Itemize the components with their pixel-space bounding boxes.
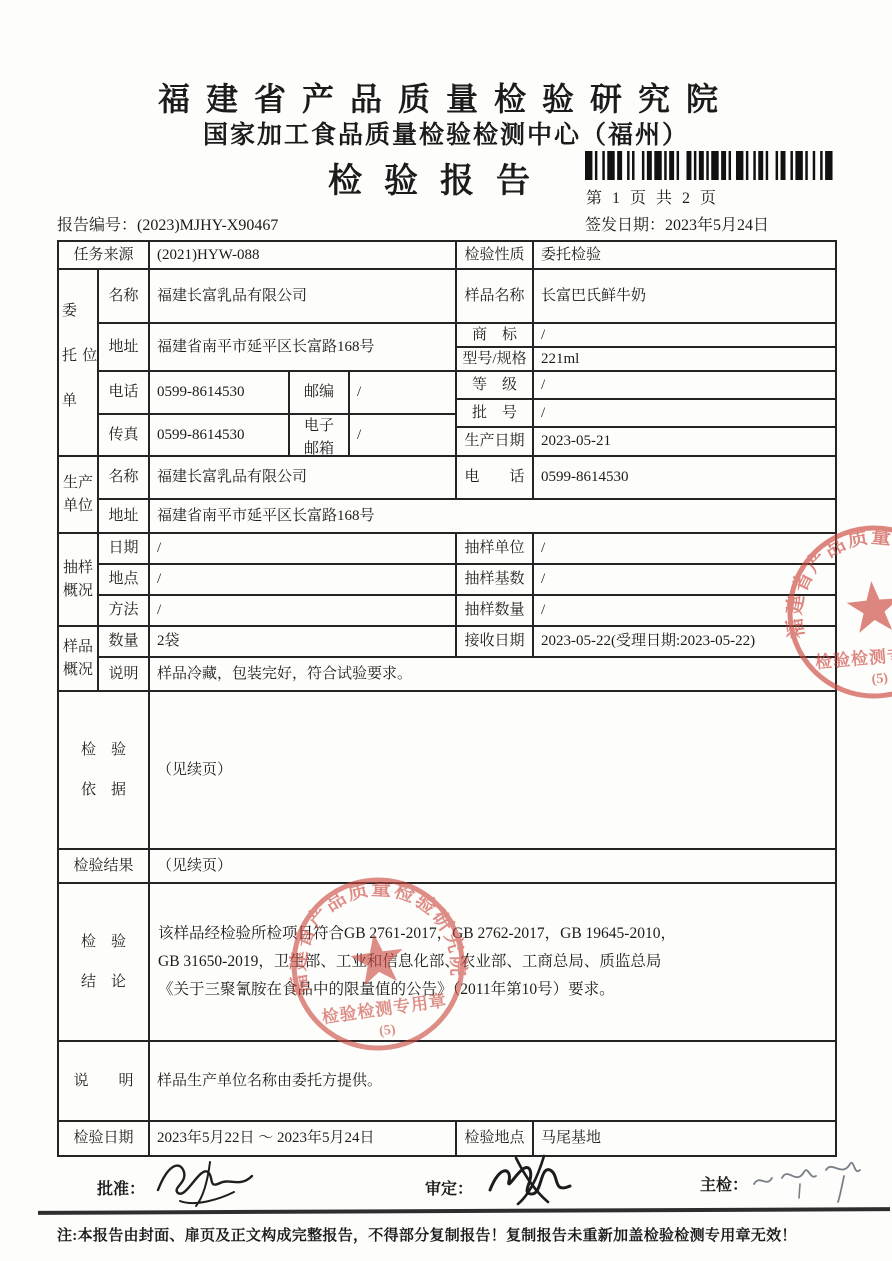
barcode-bar (632, 151, 634, 180)
sampling-qty-value: / (534, 596, 837, 627)
production-date-label: 生产日期 (457, 428, 534, 457)
received-date-label: 接收日期 (457, 627, 534, 658)
barcode-bar (585, 151, 592, 180)
barcode-bar (736, 151, 743, 180)
client-group-text: 委托单位 (59, 270, 98, 455)
client-group-label: 委托单位 (59, 270, 99, 457)
barcode-bar (753, 151, 755, 180)
barcode-bar (617, 151, 622, 180)
grade-value: / (534, 372, 837, 400)
barcode-bar (721, 151, 726, 180)
barcode-bar (758, 151, 763, 180)
barcode-bar (795, 151, 802, 180)
email-value: / (350, 415, 457, 457)
producer-group-text: 生产单位 (61, 472, 95, 517)
model-spec-value: 221ml (534, 348, 837, 372)
producer-name-value: 福建长富乳品有限公司 (150, 457, 457, 500)
conclusion-label-line1: 检 验 (81, 932, 126, 952)
barcode-bar (776, 151, 778, 180)
inspection-nature-label: 检验性质 (457, 242, 534, 270)
report-number: 报告编号：(2023)MJHY-X90467 (57, 212, 278, 235)
sampling-date-label: 日期 (99, 534, 150, 565)
basis-label: 检 验 依 据 (59, 692, 150, 850)
grade-label: 等 级 (457, 372, 534, 400)
fax-label: 传真 (99, 415, 150, 457)
inspection-report-page: 福建省产品质量检验研究院 国家加工食品质量检验检测中心（福州） 检验报告 第 1… (0, 0, 892, 1261)
report-number-value: (2023)MJHY-X90467 (137, 217, 278, 234)
barcode-bar (664, 151, 666, 180)
sample-qty-value: 2袋 (150, 627, 457, 658)
sampling-method-label: 方法 (99, 596, 150, 627)
producer-group-label: 生产单位 (59, 457, 99, 534)
sampling-place-label: 地点 (99, 565, 150, 596)
barcode-bar (677, 151, 679, 180)
result-label: 检验结果 (59, 850, 150, 884)
sampling-unit-value: / (534, 534, 837, 565)
barcode-bar (627, 151, 629, 180)
review-signature (478, 1148, 583, 1210)
barcode-bar (642, 151, 644, 180)
overview-group-text: 样品概况 (61, 636, 95, 681)
report-number-label: 报告编号： (57, 217, 137, 234)
task-source-label: 任务来源 (59, 242, 150, 270)
remark-value: 样品生产单位名称由委托方提供。 (150, 1042, 837, 1122)
sampling-group-text: 抽样概况 (61, 557, 95, 602)
postcode-label: 邮编 (290, 372, 350, 415)
email-label: 电子邮箱 (290, 415, 350, 457)
report-table: 任务来源 (2021)HYW-088 检验性质 委托检验 委托单位 名称 福建长… (57, 240, 837, 1157)
barcode-bar (729, 151, 731, 180)
producer-name-label: 名称 (99, 457, 150, 500)
org-subtitle: 国家加工食品质量检验检测中心（福州） (0, 115, 892, 151)
trademark-label: 商 标 (457, 324, 534, 348)
conclusion-line-1: 该样品经检验所检项目符合GB 2761-2017，GB 2762-2017，GB… (158, 920, 676, 948)
sampling-qty-label: 抽样数量 (457, 596, 534, 627)
issue-date-value: 2023年5月24日 (665, 217, 769, 234)
star-icon (845, 579, 892, 634)
inspection-date-label: 检验日期 (59, 1122, 150, 1157)
sampling-method-value: / (150, 596, 457, 627)
conclusion-text: 该样品经检验所检项目符合GB 2761-2017，GB 2762-2017，GB… (150, 884, 837, 1042)
barcode-bar (669, 151, 674, 180)
issue-date: 签发日期：2023年5月24日 (585, 212, 769, 235)
client-phone-label: 电话 (99, 372, 150, 415)
barcode-bar (820, 151, 822, 180)
trademark-value: / (534, 324, 837, 348)
barcode-bar (711, 151, 718, 180)
postcode-value: / (350, 372, 457, 415)
sampling-base-value: / (534, 565, 837, 596)
sampling-group-label: 抽样概况 (59, 534, 99, 627)
barcode-bar (790, 151, 792, 180)
barcode-bar (654, 151, 661, 180)
producer-phone-value: 0599-8614530 (534, 457, 837, 500)
barcode-bar (602, 151, 604, 180)
task-source-value: (2021)HYW-088 (150, 242, 457, 270)
client-name-label: 名称 (99, 270, 150, 324)
approve-label: 批准： (97, 1176, 145, 1199)
chief-signature (748, 1150, 868, 1210)
sample-qty-label: 数量 (99, 627, 150, 658)
production-date-value: 2023-05-21 (534, 428, 837, 457)
result-value: （见续页） (150, 850, 837, 884)
client-phone-value: 0599-8614530 (150, 372, 290, 415)
barcode-bar (686, 151, 691, 180)
conclusion-line-2: GB 31650-2019，卫生部、工业和信息化部、农业部、工商总局、质监总局 (158, 948, 661, 976)
barcode-bar (766, 151, 768, 180)
model-spec-label: 型号/规格 (457, 348, 534, 372)
client-address-value: 福建省南平市延平区长富路168号 (150, 324, 457, 372)
org-title: 福建省产品质量检验研究院 (0, 74, 892, 120)
footer-note: 注:本报告由封面、扉页及正文构成完整报告，不得部分复制报告！复制报告未重新加盖检… (57, 1224, 797, 1245)
client-name-value: 福建长富乳品有限公司 (150, 270, 457, 324)
approve-signature (150, 1152, 265, 1210)
issue-date-label: 签发日期： (585, 217, 665, 234)
client-address-label: 地址 (99, 324, 150, 372)
barcode (585, 151, 835, 180)
sample-name-label: 样品名称 (457, 270, 534, 324)
barcode-bar (746, 151, 748, 180)
conclusion-label-line2: 结 论 (81, 972, 126, 992)
barcode-bar (699, 151, 704, 180)
inspection-nature-value: 委托检验 (534, 242, 837, 270)
batch-label: 批 号 (457, 400, 534, 428)
review-label: 审定： (425, 1176, 473, 1199)
batch-value: / (534, 400, 837, 428)
stamp-number-text: (5) (871, 671, 889, 687)
sample-note-label: 说明 (99, 658, 150, 692)
barcode-bar (647, 151, 652, 180)
page-number-info: 第 1 页 共 2 页 (586, 185, 719, 208)
producer-address-label: 地址 (99, 500, 150, 534)
sample-note-value: 样品冷藏，包装完好，符合试验要求。 (150, 658, 837, 692)
report-title: 检验报告 (250, 153, 630, 202)
basis-label-line2: 依 据 (81, 780, 126, 800)
producer-address-value: 福建省南平市延平区长富路168号 (150, 500, 837, 534)
conclusion-label: 检 验 结 论 (59, 884, 150, 1042)
overview-group-label: 样品概况 (59, 627, 99, 692)
received-date-value: 2023-05-22(受理日期:2023-05-22) (534, 627, 837, 658)
barcode-bar (813, 151, 815, 180)
basis-value: （见续页） (150, 692, 837, 850)
barcode-bar (595, 151, 597, 180)
barcode-bar (805, 151, 807, 180)
barcode-bar (694, 151, 696, 180)
sampling-base-label: 抽样基数 (457, 565, 534, 596)
chief-label: 主检： (700, 1172, 748, 1195)
producer-phone-label: 电 话 (457, 457, 534, 500)
sampling-place-value: / (150, 565, 457, 596)
sample-name-value: 长富巴氏鲜牛奶 (534, 270, 837, 324)
conclusion-line-3: 《关于三聚氰胺在食品中的限量值的公告》（2011年第10号）要求。 (158, 976, 615, 1004)
remark-label: 说 明 (59, 1042, 150, 1122)
barcode-bar (706, 151, 708, 180)
barcode-bar (825, 151, 832, 180)
barcode-bar (607, 151, 614, 180)
sampling-unit-label: 抽样单位 (457, 534, 534, 565)
fax-value: 0599-8614530 (150, 415, 290, 457)
barcode-bar (781, 151, 786, 180)
basis-label-line1: 检 验 (81, 740, 126, 760)
sampling-date-value: / (150, 534, 457, 565)
email-label-text: 电子邮箱 (303, 415, 335, 457)
